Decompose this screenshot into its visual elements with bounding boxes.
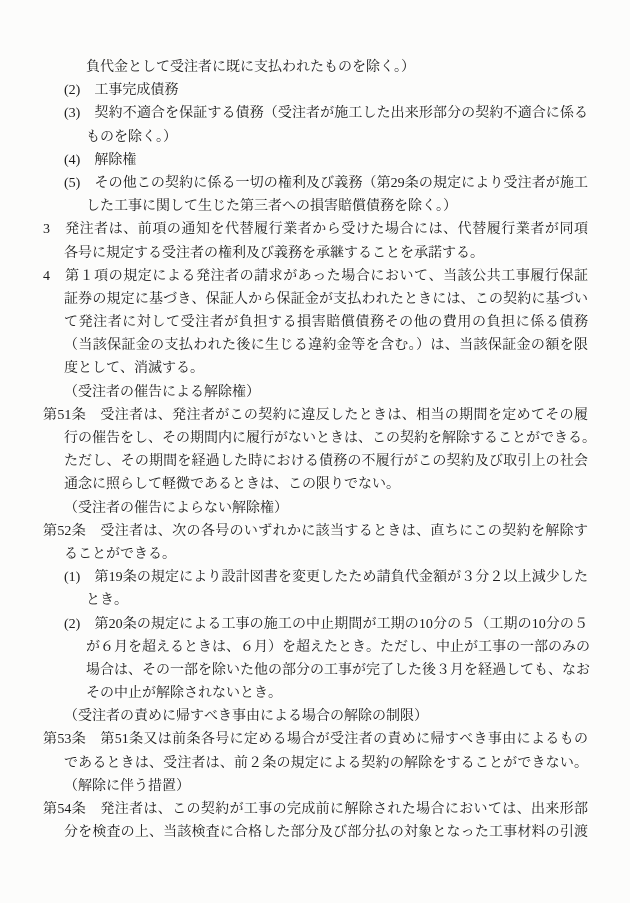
- document-line: (3) 契約不適合を保証する債務（受注者が施工した出来形部分の契約不適合に係る: [43, 102, 588, 125]
- document-line: （受注者の責めに帰すべき事由による場合の解除の制限）: [43, 705, 588, 728]
- document-line: (2) 工事完成債務: [43, 79, 588, 102]
- document-line: ることができる。: [43, 543, 588, 566]
- document-line: ただし、その期間を経過した時における債務の不履行がこの契約及び取引上の社会: [43, 450, 588, 473]
- document-line: した工事に関して生じた第三者への損害賠償債務を除く。）: [43, 195, 588, 218]
- document-body: 負代金として受注者に既に支払われたものを除く。）(2) 工事完成債務(3) 契約…: [43, 56, 588, 844]
- document-line: (1) 第19条の規定により設計図書を変更したため請負代金額が３分２以上減少した: [43, 566, 588, 589]
- document-line: て発注者に対して受注者が負担する損害賠償債務その他の費用の負担に係る債務: [43, 311, 588, 334]
- document-line: (4) 解除権: [43, 149, 588, 172]
- contract-document-page: 負代金として受注者に既に支払われたものを除く。）(2) 工事完成債務(3) 契約…: [0, 0, 630, 903]
- document-line: 4 第１項の規定による発注者の請求があった場合において、当該公共工事履行保証: [43, 265, 588, 288]
- document-line: （受注者の催告による解除権）: [43, 381, 588, 404]
- document-line: （受注者の催告によらない解除権）: [43, 497, 588, 520]
- document-line: 分を検査の上、当該検査に合格した部分及び部分払の対象となった工事材料の引渡: [43, 821, 588, 844]
- document-line: 場合は、その一部を除いた他の部分の工事が完了した後３月を経過しても、なお: [43, 659, 588, 682]
- document-line: その中止が解除されないとき。: [43, 682, 588, 705]
- document-line: 行の催告をし、その期間内に履行がないときは、この契約を解除することができる。: [43, 427, 588, 450]
- document-line: 度として、消滅する。: [43, 357, 588, 380]
- document-line: 証券の規定に基づき、保証人から保証金が支払われたときには、この契約に基づい: [43, 288, 588, 311]
- document-line: (5) その他この契約に係る一切の権利及び義務（第29条の規定により受注者が施工: [43, 172, 588, 195]
- document-line: 第52条 受注者は、次の各号のいずれかに該当するときは、直ちにこの契約を解除す: [43, 520, 588, 543]
- document-line: (2) 第20条の規定による工事の施工の中止期間が工期の10分の５（工期の10分…: [43, 613, 588, 636]
- document-line: が６月を超えるときは、６月）を超えたとき。ただし、中止が工事の一部のみの: [43, 636, 588, 659]
- document-line: 第54条 発注者は、この契約が工事の完成前に解除された場合においては、出来形部: [43, 798, 588, 821]
- document-line: 各号に規定する受注者の権利及び義務を承継することを承諾する。: [43, 242, 588, 265]
- document-line: とき。: [43, 589, 588, 612]
- document-line: 3 発注者は、前項の通知を代替履行業者から受けた場合には、代替履行業者が同項: [43, 218, 588, 241]
- document-line: 通念に照らして軽微であるときは、この限りでない。: [43, 473, 588, 496]
- document-line: （解除に伴う措置）: [43, 775, 588, 798]
- document-line: ものを除く。）: [43, 126, 588, 149]
- document-line: 第53条 第51条又は前条各号に定める場合が受注者の責めに帰すべき事由によるもの: [43, 728, 588, 751]
- document-line: であるときは、受注者は、前２条の規定による契約の解除をすることができない。: [43, 752, 588, 775]
- document-line: （当該保証金の支払われた後に生じる違約金等を含む。）は、当該保証金の額を限: [43, 334, 588, 357]
- document-line: 負代金として受注者に既に支払われたものを除く。）: [43, 56, 588, 79]
- document-line: 第51条 受注者は、発注者がこの契約に違反したときは、相当の期間を定めてその履: [43, 404, 588, 427]
